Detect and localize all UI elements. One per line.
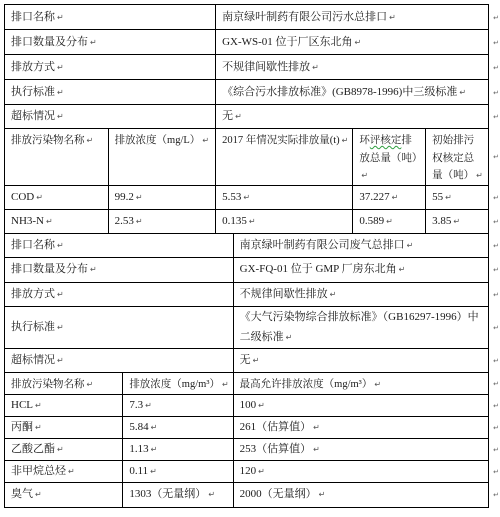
row-end-gutter: ↵ — [489, 5, 500, 30]
wastewater-outlet-table-body: 排口名称↵南京绿叶制药有限公司污水总排口↵↵排口数量及分布↵GX-WS-01 位… — [5, 5, 500, 234]
pollutant-data-row: 臭气↵1303（无量纲）↵2000（无量纲）↵↵ — [5, 482, 500, 507]
document-page: 排口名称↵南京绿叶制药有限公司污水总排口↵↵排口数量及分布↵GX-WS-01 位… — [0, 4, 500, 517]
info-value-cell: 无↵ — [216, 105, 489, 129]
info-value: 《大气污染物综合排放标准》（GB16297-1996）中二级标准 — [240, 311, 479, 343]
end-of-row-mark-icon: ↵ — [493, 113, 499, 121]
pollutant-value-cell: 253（估算值）↵ — [233, 438, 488, 460]
end-of-row-mark-icon: ↵ — [493, 39, 499, 47]
pollutant-value-cell: 99.2↵ — [108, 185, 216, 209]
pollutant-value-cell: 0.135↵ — [216, 209, 353, 233]
row-end-gutter: ↵ — [489, 129, 500, 186]
info-value: GX-WS-01 位于厂区东北角 — [222, 36, 352, 48]
cell-text: NH3-N — [11, 215, 44, 227]
header-text: 最高允许排放浓度（mg/m³） — [240, 379, 373, 390]
info-row: 执行标准↵《综合污水排放标准》(GB8978-1996)中三级标准↵↵ — [5, 80, 500, 105]
info-label-cell: 超标情况↵ — [5, 348, 234, 372]
info-label: 超标情况 — [11, 110, 55, 122]
column-header-cell: 排放污染物名称↵ — [5, 372, 123, 394]
row-end-gutter: ↵ — [489, 394, 500, 416]
paragraph-mark-icon: ↵ — [87, 380, 94, 389]
paragraph-mark-icon: ↵ — [136, 193, 143, 202]
info-label: 排口数量及分布 — [11, 36, 88, 48]
info-label-cell: 超标情况↵ — [5, 105, 216, 129]
info-value-cell: 不规律间歇性排放↵ — [233, 282, 488, 306]
paragraph-mark-icon: ↵ — [35, 401, 42, 410]
paragraph-mark-icon: ↵ — [222, 380, 229, 389]
column-header-row: 排放污染物名称↵排放浓度（mg/L）↵2017 年情况实际排放量(t)↵环评核定… — [5, 129, 500, 186]
info-value-cell: 《大气污染物综合排放标准》（GB16297-1996）中二级标准↵ — [233, 306, 488, 348]
row-end-gutter: ↵ — [489, 348, 500, 372]
info-label-cell: 排口数量及分布↵ — [5, 257, 234, 282]
paragraph-mark-icon: ↵ — [46, 217, 53, 226]
pollutant-name-cell: 乙酸乙酯↵ — [5, 438, 123, 460]
info-label: 超标情况 — [11, 354, 55, 366]
pollutant-value-cell: 5.53↵ — [216, 185, 353, 209]
cell-text: 120 — [240, 465, 257, 477]
header-text: 排放污染物名称 — [11, 135, 85, 146]
column-header-cell: 排放污染物名称↵ — [5, 129, 109, 186]
paragraph-mark-icon: ↵ — [87, 136, 94, 145]
end-of-row-mark-icon: ↵ — [493, 242, 499, 250]
info-label: 执行标准 — [11, 86, 55, 98]
paragraph-mark-icon: ↵ — [151, 423, 158, 432]
paragraph-mark-icon: ↵ — [459, 88, 466, 97]
info-value-cell: GX-WS-01 位于厂区东北角↵ — [216, 30, 489, 55]
header-text: 排放浓度（mg/L） — [115, 135, 201, 146]
pollutant-value-cell: 37.227↵ — [353, 185, 426, 209]
paragraph-mark-icon: ↵ — [355, 38, 362, 47]
paragraph-mark-icon: ↵ — [313, 423, 320, 432]
row-end-gutter: ↵ — [489, 306, 500, 348]
end-of-row-mark-icon: ↵ — [493, 424, 499, 432]
pollutant-value-cell: 5.84↵ — [123, 416, 233, 438]
cell-text: 37.227 — [359, 191, 389, 203]
info-row: 排口名称↵南京绿叶制药有限公司污水总排口↵↵ — [5, 5, 500, 30]
column-header-cell: 2017 年情况实际排放量(t)↵ — [216, 129, 353, 186]
pollutant-value-cell: 2000（无量纲）↵ — [233, 482, 488, 507]
row-end-gutter: ↵ — [489, 372, 500, 394]
column-header-cell: 初始排污权核定总量（吨）↵ — [426, 129, 489, 186]
paragraph-mark-icon: ↵ — [253, 356, 260, 365]
row-end-gutter: ↵ — [489, 416, 500, 438]
pollutant-value-cell: 2.53↵ — [108, 209, 216, 233]
info-value: 无 — [240, 354, 251, 366]
cell-text: 2000（无量纲） — [240, 488, 317, 500]
paragraph-mark-icon: ↵ — [35, 423, 42, 432]
end-of-row-mark-icon: ↵ — [493, 218, 499, 226]
end-of-row-mark-icon: ↵ — [493, 468, 499, 476]
header-text: 排放污染物名称 — [11, 379, 85, 390]
pollutant-value-cell: 0.589↵ — [353, 209, 426, 233]
cell-text: 261（估算值） — [240, 421, 312, 433]
header-text: 排放浓度（mg/m³） — [129, 379, 220, 390]
paragraph-mark-icon: ↵ — [361, 171, 368, 180]
paragraph-mark-icon: ↵ — [258, 467, 265, 476]
paragraph-mark-icon: ↵ — [57, 112, 64, 121]
paragraph-mark-icon: ↵ — [399, 265, 406, 274]
info-value-cell: 南京绿叶制药有限公司废气总排口↵ — [233, 233, 488, 257]
cell-text: 100 — [240, 399, 257, 411]
pollutant-name-cell: NH3-N↵ — [5, 209, 109, 233]
end-of-row-mark-icon: ↵ — [493, 446, 499, 454]
pollutant-data-row: 乙酸乙酯↵1.13↵253（估算值）↵↵ — [5, 438, 500, 460]
info-label: 执行标准 — [11, 321, 55, 333]
info-row: 排放方式↵不规律间歇性排放↵↵ — [5, 282, 500, 306]
cell-text: 1.13 — [129, 443, 148, 455]
paragraph-mark-icon: ↵ — [476, 171, 483, 180]
pollutant-name-cell: COD↵ — [5, 185, 109, 209]
info-label: 排口名称 — [11, 239, 55, 251]
paragraph-mark-icon: ↵ — [286, 333, 293, 342]
paragraph-mark-icon: ↵ — [342, 136, 349, 145]
paragraph-mark-icon: ↵ — [57, 356, 64, 365]
end-of-row-mark-icon: ↵ — [493, 380, 499, 388]
wastewater-outlet-table: 排口名称↵南京绿叶制药有限公司污水总排口↵↵排口数量及分布↵GX-WS-01 位… — [4, 4, 500, 234]
info-row: 超标情况↵无↵↵ — [5, 105, 500, 129]
info-row: 排口数量及分布↵GX-FQ-01 位于 GMP 厂房东北角↵↵ — [5, 257, 500, 282]
info-label-cell: 执行标准↵ — [5, 80, 216, 105]
info-value: 南京绿叶制药有限公司废气总排口 — [240, 239, 405, 251]
paragraph-mark-icon: ↵ — [57, 290, 64, 299]
paragraph-mark-icon: ↵ — [202, 136, 209, 145]
end-of-row-mark-icon: ↵ — [493, 153, 499, 161]
info-label-cell: 排口名称↵ — [5, 5, 216, 30]
header-text: 初始排污权核定总量（吨） — [432, 135, 474, 181]
paragraph-mark-icon: ↵ — [57, 323, 64, 332]
info-value: 无 — [222, 110, 233, 122]
info-value: GX-FQ-01 位于 GMP 厂房东北角 — [240, 263, 397, 275]
pollutant-value-cell: 0.11↵ — [123, 460, 233, 482]
paragraph-mark-icon: ↵ — [36, 193, 43, 202]
paragraph-mark-icon: ↵ — [57, 13, 64, 22]
info-value: 《综合污水排放标准》(GB8978-1996)中三级标准 — [222, 86, 457, 98]
info-row: 排口数量及分布↵GX-WS-01 位于厂区东北角↵↵ — [5, 30, 500, 55]
info-label-cell: 排放方式↵ — [5, 282, 234, 306]
cell-text: 3.85 — [432, 215, 451, 227]
paragraph-mark-icon: ↵ — [57, 63, 64, 72]
cell-text: 丙酮 — [11, 421, 33, 433]
gas-outlet-table: 排口名称↵南京绿叶制药有限公司废气总排口↵↵排口数量及分布↵GX-FQ-01 位… — [4, 233, 500, 508]
paragraph-mark-icon: ↵ — [258, 401, 265, 410]
cell-text: 0.135 — [222, 215, 247, 227]
header-text: 2017 年情况实际排放量(t) — [222, 135, 340, 146]
column-header-cell: 排放浓度（mg/L）↵ — [108, 129, 216, 186]
row-end-gutter: ↵ — [489, 257, 500, 282]
end-of-row-mark-icon: ↵ — [493, 402, 499, 410]
paragraph-mark-icon: ↵ — [150, 467, 157, 476]
info-row: 执行标准↵《大气污染物综合排放标准》（GB16297-1996）中二级标准↵↵ — [5, 306, 500, 348]
row-end-gutter: ↵ — [489, 438, 500, 460]
pollutant-name-cell: HCL↵ — [5, 394, 123, 416]
paragraph-mark-icon: ↵ — [319, 490, 326, 499]
column-header-row: 排放污染物名称↵排放浓度（mg/m³）↵最高允许排放浓度（mg/m³）↵↵ — [5, 372, 500, 394]
paragraph-mark-icon: ↵ — [453, 217, 460, 226]
cell-text: 5.84 — [129, 421, 148, 433]
paragraph-mark-icon: ↵ — [249, 217, 256, 226]
paragraph-mark-icon: ↵ — [151, 445, 158, 454]
paragraph-mark-icon: ↵ — [313, 445, 320, 454]
info-value-cell: 不规律间歇性排放↵ — [216, 55, 489, 80]
row-end-gutter: ↵ — [489, 80, 500, 105]
pollutant-data-row: NH3-N↵2.53↵0.135↵0.589↵3.85↵↵ — [5, 209, 500, 233]
gas-outlet-table-body: 排口名称↵南京绿叶制药有限公司废气总排口↵↵排口数量及分布↵GX-FQ-01 位… — [5, 233, 500, 507]
pollutant-data-row: COD↵99.2↵5.53↵37.227↵55↵↵ — [5, 185, 500, 209]
paragraph-mark-icon: ↵ — [57, 241, 64, 250]
paragraph-mark-icon: ↵ — [57, 88, 64, 97]
paragraph-mark-icon: ↵ — [392, 193, 399, 202]
paragraph-mark-icon: ↵ — [374, 380, 381, 389]
info-label-cell: 排口数量及分布↵ — [5, 30, 216, 55]
row-end-gutter: ↵ — [489, 209, 500, 233]
paragraph-mark-icon: ↵ — [407, 241, 414, 250]
info-value: 南京绿叶制药有限公司污水总排口 — [222, 11, 387, 23]
row-end-gutter: ↵ — [489, 460, 500, 482]
cell-text: COD — [11, 191, 34, 203]
pollutant-value-cell: 1.13↵ — [123, 438, 233, 460]
cell-text: 7.3 — [129, 399, 143, 411]
paragraph-mark-icon: ↵ — [312, 63, 319, 72]
end-of-row-mark-icon: ↵ — [493, 89, 499, 97]
row-end-gutter: ↵ — [489, 282, 500, 306]
cell-text: 非甲烷总烃 — [11, 465, 66, 477]
info-label: 排放方式 — [11, 61, 55, 73]
cell-text: 臭气 — [11, 488, 33, 500]
cell-text: 253（估算值） — [240, 443, 312, 455]
cell-text: HCL — [11, 399, 33, 411]
info-value-cell: 无↵ — [233, 348, 488, 372]
end-of-row-mark-icon: ↵ — [493, 291, 499, 299]
pollutant-name-cell: 非甲烷总烃↵ — [5, 460, 123, 482]
paragraph-mark-icon: ↵ — [68, 467, 75, 476]
column-header-cell: 最高允许排放浓度（mg/m³）↵ — [233, 372, 488, 394]
paragraph-mark-icon: ↵ — [330, 290, 337, 299]
cell-text: 乙酸乙酯 — [11, 443, 55, 455]
pollutant-value-cell: 7.3↵ — [123, 394, 233, 416]
pollutant-value-cell: 120↵ — [233, 460, 488, 482]
row-end-gutter: ↵ — [489, 233, 500, 257]
end-of-row-mark-icon: ↵ — [493, 324, 499, 332]
row-end-gutter: ↵ — [489, 185, 500, 209]
paragraph-mark-icon: ↵ — [90, 38, 97, 47]
row-end-gutter: ↵ — [489, 30, 500, 55]
row-end-gutter: ↵ — [489, 105, 500, 129]
info-label-cell: 排放方式↵ — [5, 55, 216, 80]
pollutant-value-cell: 1303（无量纲）↵ — [123, 482, 233, 507]
cell-text: 1303（无量纲） — [129, 488, 206, 500]
info-value-cell: GX-FQ-01 位于 GMP 厂房东北角↵ — [233, 257, 488, 282]
pollutant-value-cell: 100↵ — [233, 394, 488, 416]
pollutant-data-row: 丙酮↵5.84↵261（估算值）↵↵ — [5, 416, 500, 438]
info-label-cell: 执行标准↵ — [5, 306, 234, 348]
spellcheck-underlined-text: 评核定 — [370, 135, 402, 146]
info-label: 排口名称 — [11, 11, 55, 23]
paragraph-mark-icon: ↵ — [445, 193, 452, 202]
pollutant-value-cell: 3.85↵ — [426, 209, 489, 233]
paragraph-mark-icon: ↵ — [235, 112, 242, 121]
paragraph-mark-icon: ↵ — [35, 490, 42, 499]
info-value-cell: 南京绿叶制药有限公司污水总排口↵ — [216, 5, 489, 30]
column-header-cell: 环评核定排放总量（吨）↵ — [353, 129, 426, 186]
info-value-cell: 《综合污水排放标准》(GB8978-1996)中三级标准↵ — [216, 80, 489, 105]
info-label-cell: 排口名称↵ — [5, 233, 234, 257]
end-of-row-mark-icon: ↵ — [493, 266, 499, 274]
paragraph-mark-icon: ↵ — [389, 13, 396, 22]
paragraph-mark-icon: ↵ — [208, 490, 215, 499]
cell-text: 0.589 — [359, 215, 384, 227]
paragraph-mark-icon: ↵ — [243, 193, 250, 202]
end-of-row-mark-icon: ↵ — [493, 491, 499, 499]
info-row: 排口名称↵南京绿叶制药有限公司废气总排口↵↵ — [5, 233, 500, 257]
info-row: 排放方式↵不规律间歇性排放↵↵ — [5, 55, 500, 80]
cell-text: 55 — [432, 191, 443, 203]
cell-text: 99.2 — [115, 191, 134, 203]
paragraph-mark-icon: ↵ — [90, 265, 97, 274]
pollutant-value-cell: 261（估算值）↵ — [233, 416, 488, 438]
pollutant-data-row: 非甲烷总烃↵0.11↵120↵↵ — [5, 460, 500, 482]
info-value: 不规律间歇性排放 — [240, 288, 328, 300]
column-header-cell: 排放浓度（mg/m³）↵ — [123, 372, 233, 394]
info-label: 排口数量及分布 — [11, 263, 88, 275]
pollutant-name-cell: 臭气↵ — [5, 482, 123, 507]
paragraph-mark-icon: ↵ — [386, 217, 393, 226]
pollutant-value-cell: 55↵ — [426, 185, 489, 209]
info-row: 超标情况↵无↵↵ — [5, 348, 500, 372]
info-label: 排放方式 — [11, 288, 55, 300]
paragraph-mark-icon: ↵ — [57, 445, 64, 454]
end-of-row-mark-icon: ↵ — [493, 64, 499, 72]
pollutant-name-cell: 丙酮↵ — [5, 416, 123, 438]
paragraph-mark-icon: ↵ — [136, 217, 143, 226]
paragraph-mark-icon: ↵ — [145, 401, 152, 410]
cell-text: 5.53 — [222, 191, 241, 203]
end-of-row-mark-icon: ↵ — [493, 14, 499, 22]
cell-text: 2.53 — [115, 215, 134, 227]
info-value: 不规律间歇性排放 — [222, 61, 310, 73]
row-end-gutter: ↵ — [489, 482, 500, 507]
header-text: 环 — [359, 135, 370, 146]
end-of-row-mark-icon: ↵ — [493, 194, 499, 202]
pollutant-data-row: HCL↵7.3↵100↵↵ — [5, 394, 500, 416]
end-of-row-mark-icon: ↵ — [493, 357, 499, 365]
row-end-gutter: ↵ — [489, 55, 500, 80]
cell-text: 0.11 — [129, 465, 148, 477]
